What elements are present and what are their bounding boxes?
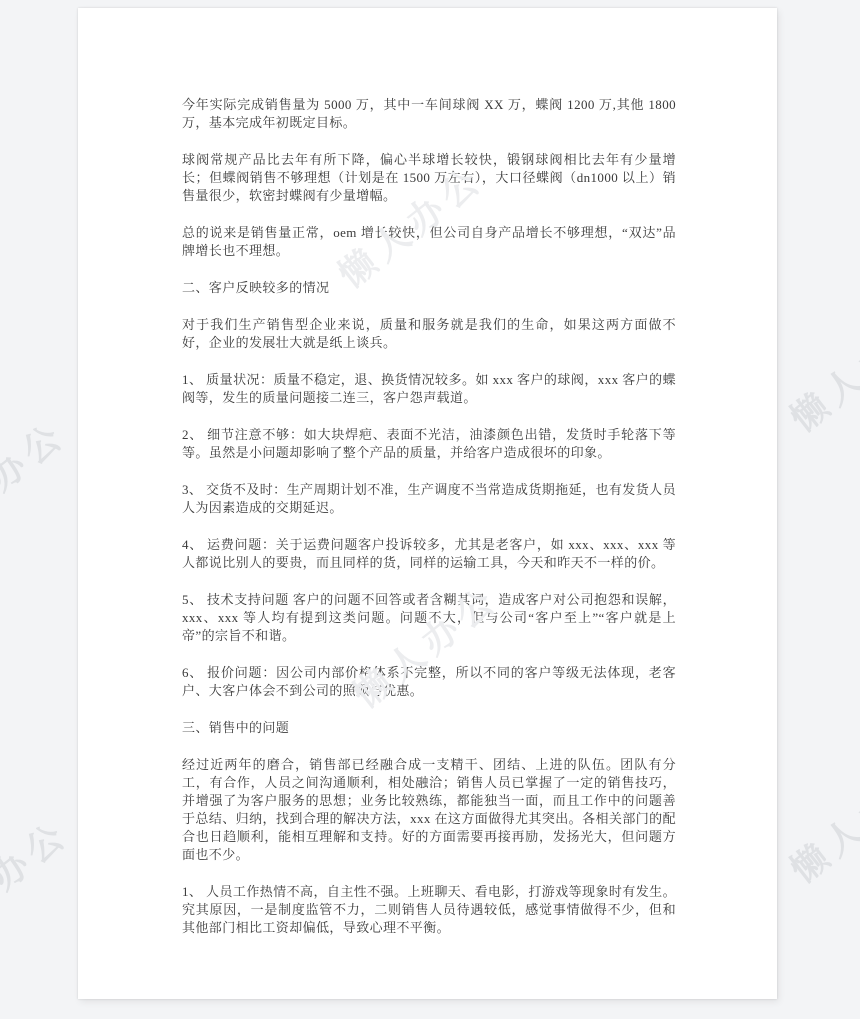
watermark-text: 懒人办公 bbox=[0, 807, 78, 953]
paragraph: 球阀常规产品比去年有所下降，偏心半球增长较快，锻钢球阀相比去年有少量增长；但蝶阀… bbox=[182, 151, 676, 205]
paragraph: 总的说来是销售量正常，oem 增长较快，但公司自身产品增长不够理想，“双达”品牌… bbox=[182, 224, 676, 260]
paragraph: 6、 报价问题：因公司内部价格体系不完整，所以不同的客户等级无法体现，老客户、大… bbox=[182, 664, 676, 700]
paragraph: 3、 交货不及时：生产周期计划不准，生产调度不当常造成货期拖延，也有发货人员人为… bbox=[182, 481, 676, 517]
document-viewer-canvas: 今年实际完成销售量为 5000 万，其中一车间球阀 XX 万，蝶阀 1200 万… bbox=[0, 0, 860, 1019]
watermark-text: 懒人办公 bbox=[0, 408, 75, 554]
section-heading: 二、客户反映较多的情况 bbox=[182, 279, 676, 297]
paragraph: 4、 运费问题：关于运费问题客户投诉较多，尤其是老客户，如 xxx、xxx、xx… bbox=[182, 536, 676, 572]
document-page: 今年实际完成销售量为 5000 万，其中一车间球阀 XX 万，蝶阀 1200 万… bbox=[78, 8, 777, 999]
paragraph: 2、 细节注意不够：如大块焊疤、表面不光洁，油漆颜色出错，发货时手轮落下等等。虽… bbox=[182, 426, 676, 462]
document-content: 今年实际完成销售量为 5000 万，其中一车间球阀 XX 万，蝶阀 1200 万… bbox=[182, 96, 676, 956]
paragraph: 5、 技术支持问题 客户的问题不回答或者含糊其词，造成客户对公司抱怨和误解，xx… bbox=[182, 591, 676, 645]
paragraph: 经过近两年的磨合，销售部已经融合成一支精干、团结、上进的队伍。团队有分工，有合作… bbox=[182, 756, 676, 864]
paragraph: 对于我们生产销售型企业来说，质量和服务就是我们的生命，如果这两方面做不好，企业的… bbox=[182, 316, 676, 352]
watermark-text: 懒人办公 bbox=[779, 747, 860, 893]
paragraph: 1、 质量状况：质量不稳定，退、换货情况较多。如 xxx 客户的球阀，xxx 客… bbox=[182, 371, 676, 407]
paragraph: 1、 人员工作热情不高，自主性不强。上班聊天、看电影，打游戏等现象时有发生。究其… bbox=[182, 883, 676, 937]
watermark-text: 懒人办公 bbox=[779, 296, 860, 442]
paragraph: 今年实际完成销售量为 5000 万，其中一车间球阀 XX 万，蝶阀 1200 万… bbox=[182, 96, 676, 132]
section-heading: 三、销售中的问题 bbox=[182, 719, 676, 737]
